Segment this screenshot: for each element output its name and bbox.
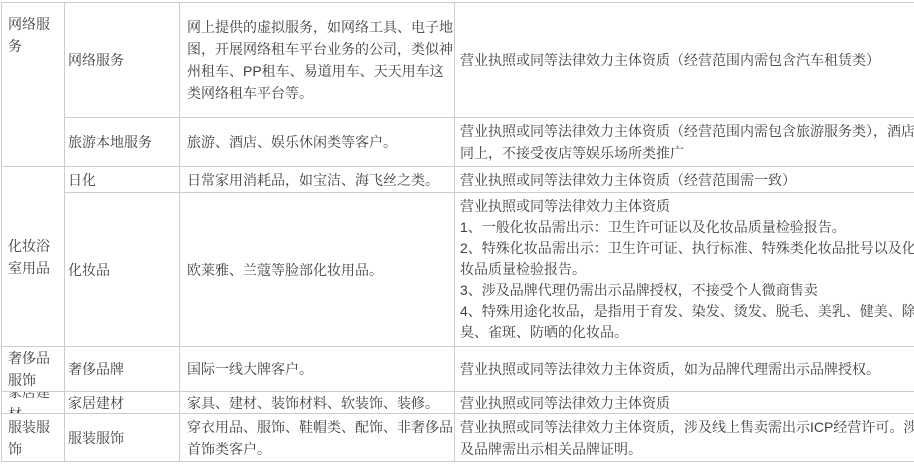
category-label: 家居建材 <box>8 392 62 413</box>
requirement-item: 4、特殊用途化妆品，是指用于育发、染发、烫发、脱毛、美乳、健美、除臭、雀斑、防晒… <box>460 301 914 343</box>
requirement-text: 营业执照或同等法律效力主体资质，涉及线上售卖需出示ICP经营许可。涉及品牌需出示… <box>460 416 914 460</box>
subcategory-label: 家居建材 <box>68 392 177 413</box>
category-cell-home-building: 家居建材 <box>2 392 64 413</box>
requirement-item: 2、特殊化妆品需出示：卫生许可证、执行标准、特殊类化妆品批号以及化妆品质量检验报… <box>460 238 914 280</box>
subcategory-cell: 网络服务 <box>65 3 179 117</box>
requirement-text: 营业执照或同等法律效力主体资质（经营范围需一致） <box>460 169 914 191</box>
subcategory-cell: 日化 <box>65 167 179 192</box>
requirement-cell: 营业执照或同等法律效力主体资质 1、一般化妆品需出示：卫生许可证以及化妆品质量检… <box>455 193 914 346</box>
subcategory-cell: 旅游本地服务 <box>65 118 179 166</box>
subcategory-cell: 奢侈品牌 <box>65 347 179 391</box>
description-cell: 欧莱雅、兰蔻等脸部化妆用品。 <box>180 193 454 346</box>
description-text: 日常家用消耗品，如宝洁、海飞丝之类。 <box>187 169 453 191</box>
qualification-table: 网络服务 化妆浴室用品 奢侈品服饰 家居建材 服装服饰 网络服务 网上提供的虚拟… <box>1 2 914 462</box>
requirement-cell: 营业执照或同等法律效力主体资质 <box>455 392 914 413</box>
subcategory-cell: 化妆品 <box>65 193 179 346</box>
category-label: 奢侈品服饰 <box>8 347 62 391</box>
category-cell-cosmetics-bath: 化妆浴室用品 <box>2 167 64 346</box>
description-cell: 旅游、酒店、娱乐休闲类等客户。 <box>180 118 454 166</box>
category-cell-network-services: 网络服务 <box>2 3 64 166</box>
category-label: 化妆浴室用品 <box>8 235 62 279</box>
requirement-cell: 营业执照或同等法律效力主体资质（经营范围内需包含旅游服务类），酒店同上，不接受夜… <box>455 118 914 166</box>
subcategory-label: 化妆品 <box>68 259 177 281</box>
description-text: 穿衣用品、服饰、鞋帽类、配饰、非奢侈品首饰类客户。 <box>187 416 453 460</box>
requirement-text: 营业执照或同等法律效力主体资质 <box>460 196 914 217</box>
requirement-text: 营业执照或同等法律效力主体资质，如为品牌代理需出示品牌授权。 <box>460 358 914 380</box>
requirement-item: 1、一般化妆品需出示：卫生许可证以及化妆品质量检验报告。 <box>460 217 914 238</box>
requirement-text: 营业执照或同等法律效力主体资质（经营范围内需包含旅游服务类），酒店同上，不接受夜… <box>460 120 914 164</box>
description-cell: 网上提供的虚拟服务，如网络工具、电子地图，开展网络租车平台业务的公司，类似神州租… <box>180 3 454 117</box>
requirement-cell: 营业执照或同等法律效力主体资质（经营范围需一致） <box>455 167 914 192</box>
subcategory-cell: 服装服饰 <box>65 414 179 461</box>
description-text: 旅游、酒店、娱乐休闲类等客户。 <box>187 131 453 153</box>
requirement-item: 3、涉及品牌代理仍需出示品牌授权，不接受个人微商售卖 <box>460 280 914 301</box>
subcategory-label: 旅游本地服务 <box>68 131 177 153</box>
description-text: 国际一线大牌客户。 <box>187 358 453 380</box>
category-cell-luxury-apparel: 奢侈品服饰 <box>2 347 64 391</box>
requirement-cell: 营业执照或同等法律效力主体资质，涉及线上售卖需出示ICP经营许可。涉及品牌需出示… <box>455 414 914 461</box>
description-cell: 家具、建材、装饰材料、软装饰、装修。 <box>180 392 454 413</box>
requirement-text: 营业执照或同等法律效力主体资质（经营范围内需包含汽车租赁类） <box>460 49 914 71</box>
description-text: 网上提供的虚拟服务，如网络工具、电子地图，开展网络租车平台业务的公司，类似神州租… <box>187 16 453 104</box>
description-text: 欧莱雅、兰蔻等脸部化妆用品。 <box>187 259 453 281</box>
subcategory-label: 网络服务 <box>68 49 177 71</box>
description-cell: 穿衣用品、服饰、鞋帽类、配饰、非奢侈品首饰类客户。 <box>180 414 454 461</box>
requirement-text: 营业执照或同等法律效力主体资质 <box>460 392 914 413</box>
category-label: 服装服饰 <box>8 416 62 460</box>
subcategory-label: 日化 <box>68 169 177 191</box>
description-text: 家具、建材、装饰材料、软装饰、装修。 <box>187 392 453 413</box>
description-cell: 日常家用消耗品，如宝洁、海飞丝之类。 <box>180 167 454 192</box>
subcategory-label: 服装服饰 <box>68 427 177 449</box>
subcategory-label: 奢侈品牌 <box>68 358 177 380</box>
requirement-cell: 营业执照或同等法律效力主体资质（经营范围内需包含汽车租赁类） <box>455 3 914 117</box>
category-label: 网络服务 <box>8 13 62 57</box>
subcategory-cell: 家居建材 <box>65 392 179 413</box>
category-cell-clothing: 服装服饰 <box>2 414 64 461</box>
description-cell: 国际一线大牌客户。 <box>180 347 454 391</box>
requirement-cell: 营业执照或同等法律效力主体资质，如为品牌代理需出示品牌授权。 <box>455 347 914 391</box>
